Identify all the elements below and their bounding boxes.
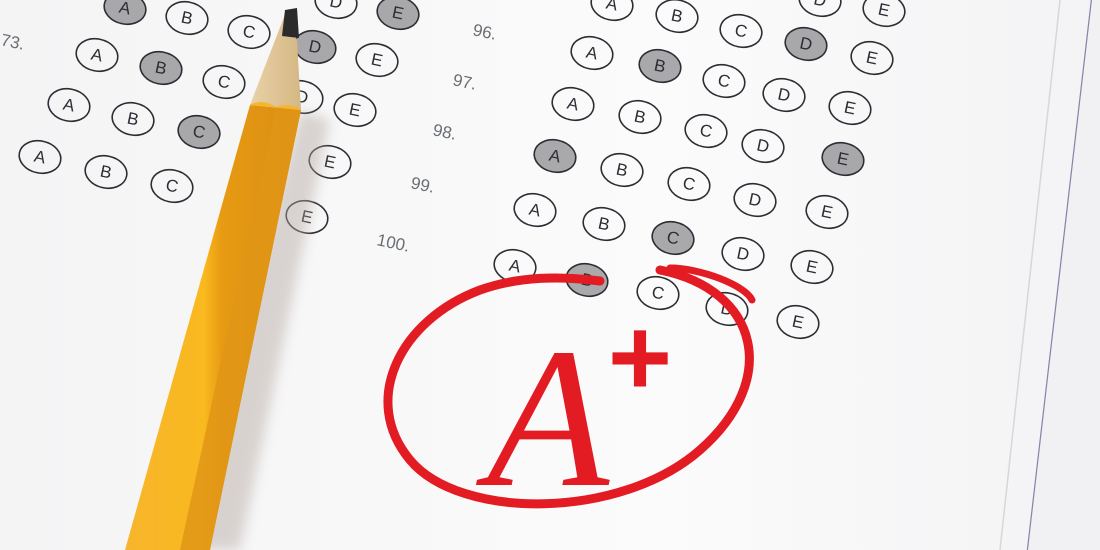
grade-modifier: + — [608, 296, 672, 419]
grade-letter: A — [476, 308, 610, 529]
answer-sheet-canvas: ABCDEABCDEABCDEABCDEEABCDEABCDEABCDEABCD… — [0, 0, 1100, 550]
answer-sheet-photo: ABCDEABCDEABCDEABCDEEABCDEABCDEABCDEABCD… — [0, 0, 1100, 550]
